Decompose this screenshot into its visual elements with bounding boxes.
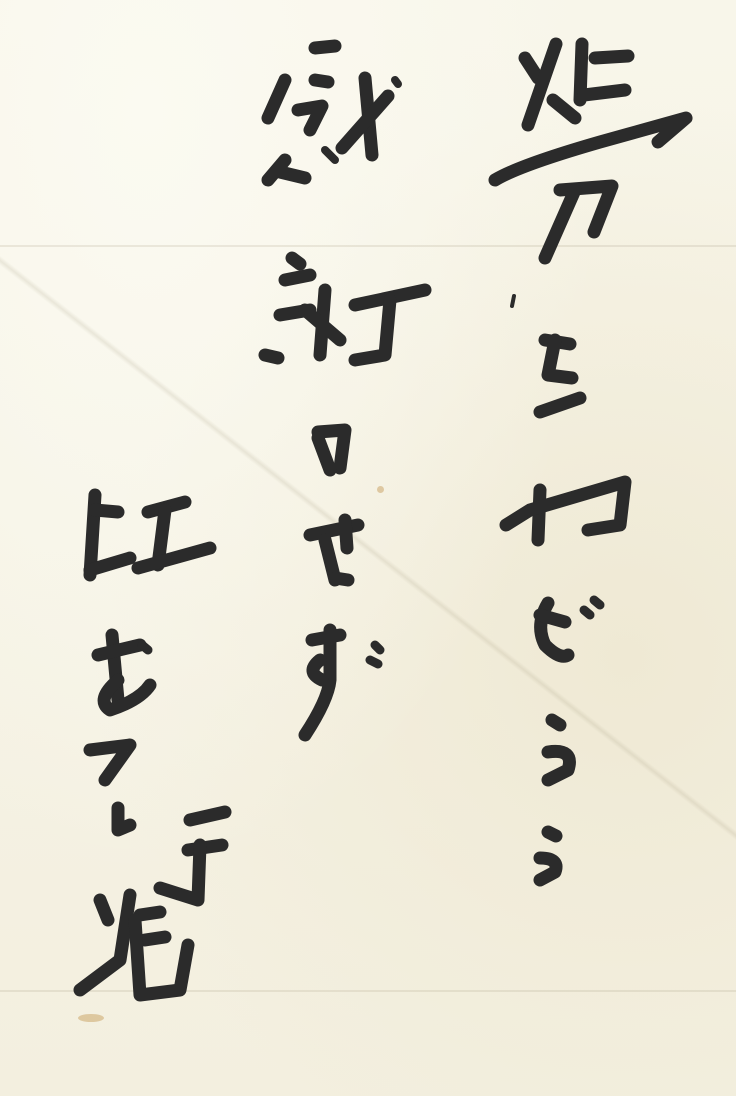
column-1-glyphs <box>495 44 686 880</box>
calligraphy-paper: 労をねぎらう 感謝をせず 江おこし 子 光 <box>0 0 736 1096</box>
column-2-glyphs <box>265 46 425 735</box>
ink-strokes <box>0 0 736 1096</box>
column-3-glyphs <box>80 495 225 995</box>
